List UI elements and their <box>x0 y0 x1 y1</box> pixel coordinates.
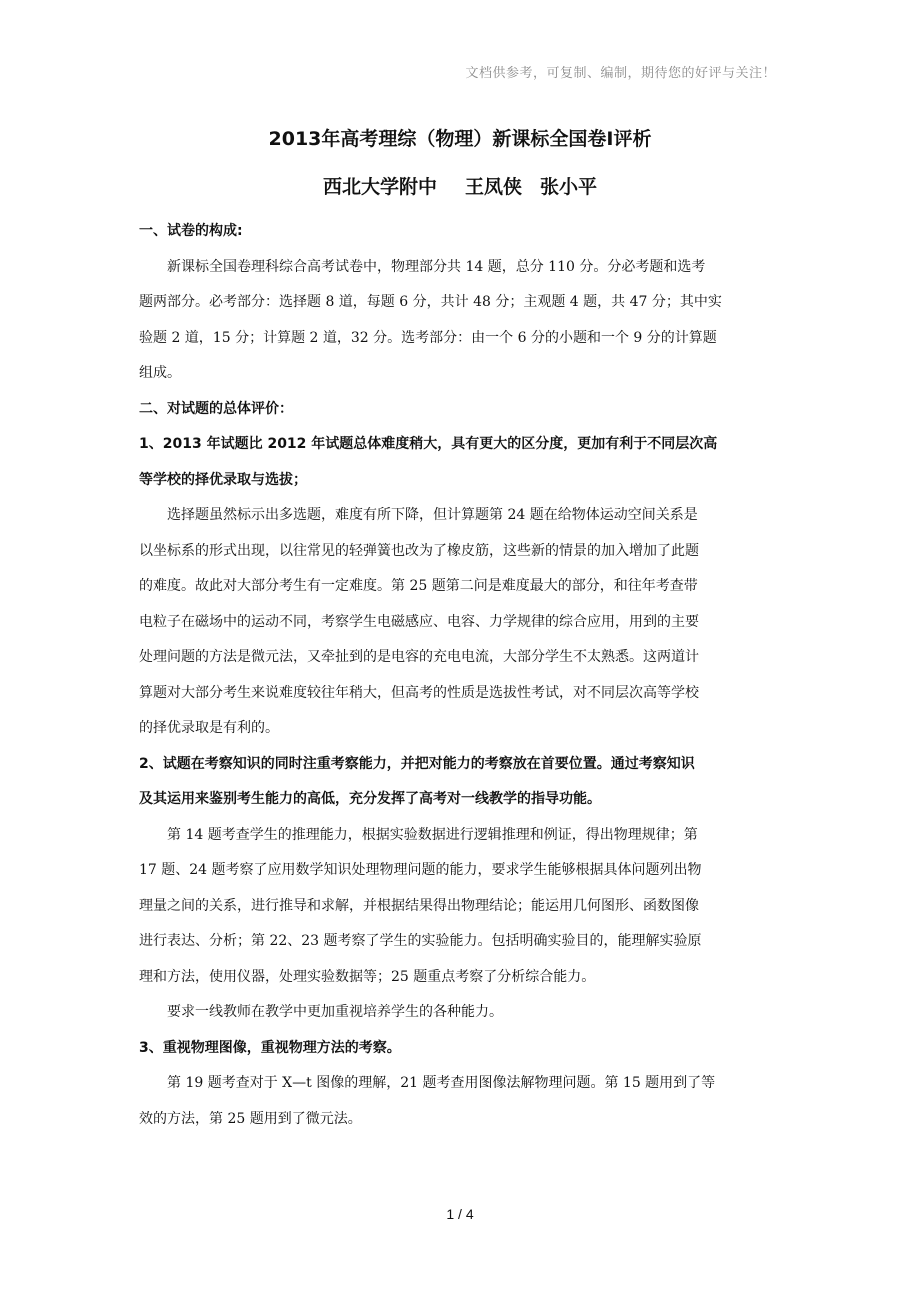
text-line: 题两部分。必考部分：选择题 8 道，每题 6 分，共计 48 分；主观题 4 题… <box>139 285 781 321</box>
text-line: 进行表达、分析；第 22、23 题考察了学生的实验能力。包括明确实验目的，能理解… <box>139 924 781 960</box>
text-line: 算题对大部分考生来说难度较往年稍大，但高考的性质是选拔性考试，对不同层次高等学校 <box>139 676 781 712</box>
subsection-heading: 2、试题在考察知识的同时注重考察能力，并把对能力的考察放在首要位置。通过考察知识… <box>139 747 781 818</box>
section-heading: 一、试卷的构成: <box>139 214 781 250</box>
text-line: 电粒子在磁场中的运动不同，考察学生电磁感应、电容、力学规律的综合应用，用到的主要 <box>139 605 781 641</box>
document-body: 一、试卷的构成: 新课标全国卷理科综合高考试卷中，物理部分共 14 题，总分 1… <box>139 214 781 1137</box>
paragraph: 要求一线教师在教学中更加重视培养学生的各种能力。 <box>139 995 781 1031</box>
text-line: 新课标全国卷理科综合高考试卷中，物理部分共 14 题，总分 110 分。分必考题… <box>139 250 781 286</box>
text-line: 组成。 <box>139 356 781 392</box>
text-line: 17 题、24 题考察了应用数学知识处理物理问题的能力，要求学生能够根据具体问题… <box>139 853 781 889</box>
page-number: 1 / 4 <box>0 1206 920 1222</box>
text-line: 处理问题的方法是微元法，又牵扯到的是电容的充电电流，大部分学生不太熟悉。这两道计 <box>139 640 781 676</box>
author-line: 西北大学附中王凤侠张小平 <box>0 172 920 199</box>
author-organization: 西北大学附中 <box>323 172 437 199</box>
text-line: 要求一线教师在教学中更加重视培养学生的各种能力。 <box>139 995 781 1031</box>
paragraph: 选择题虽然标示出多选题，难度有所下降，但计算题第 24 题在给物体运动空间关系是… <box>139 498 781 747</box>
text-line: 第 19 题考查对于 X—t 图像的理解，21 题考查用图像法解物理问题。第 1… <box>139 1066 781 1102</box>
document-title: 2013年高考理综（物理）新课标全国卷Ⅰ评析 <box>0 124 920 151</box>
section-heading: 二、对试题的总体评价： <box>139 392 781 428</box>
text-line: 3、重视物理图像，重视物理方法的考察。 <box>139 1031 781 1067</box>
text-line: 验题 2 道，15 分；计算题 2 道，32 分。选考部分：由一个 6 分的小题… <box>139 321 781 357</box>
author-name: 王凤侠 <box>465 172 522 199</box>
author-name: 张小平 <box>540 172 597 199</box>
text-line: 的择优录取是有利的。 <box>139 711 781 747</box>
paragraph: 第 14 题考查学生的推理能力，根据实验数据进行逻辑推理和例证，得出物理规律；第… <box>139 818 781 996</box>
text-line: 选择题虽然标示出多选题，难度有所下降，但计算题第 24 题在给物体运动空间关系是 <box>139 498 781 534</box>
text-line: 的难度。故此对大部分考生有一定难度。第 25 题第二问是难度最大的部分，和往年考… <box>139 569 781 605</box>
text-line: 等学校的择优录取与选拔； <box>139 463 781 499</box>
watermark-header: 文档供参考，可复制、编制，期待您的好评与关注！ <box>465 62 776 81</box>
text-line: 效的方法，第 25 题用到了微元法。 <box>139 1102 781 1138</box>
text-line: 1、2013 年试题比 2012 年试题总体难度稍大，具有更大的区分度，更加有利… <box>139 427 781 463</box>
text-line: 第 14 题考查学生的推理能力，根据实验数据进行逻辑推理和例证，得出物理规律；第 <box>139 818 781 854</box>
subsection-heading: 3、重视物理图像，重视物理方法的考察。 <box>139 1031 781 1067</box>
subsection-heading: 1、2013 年试题比 2012 年试题总体难度稍大，具有更大的区分度，更加有利… <box>139 427 781 498</box>
text-line: 及其运用来鉴别考生能力的高低，充分发挥了高考对一线教学的指导功能。 <box>139 782 781 818</box>
paragraph: 第 19 题考查对于 X—t 图像的理解，21 题考查用图像法解物理问题。第 1… <box>139 1066 781 1137</box>
paragraph: 新课标全国卷理科综合高考试卷中，物理部分共 14 题，总分 110 分。分必考题… <box>139 250 781 392</box>
text-line: 理和方法，使用仪器，处理实验数据等；25 题重点考察了分析综合能力。 <box>139 960 781 996</box>
text-line: 以坐标系的形式出现，以往常见的轻弹簧也改为了橡皮筋，这些新的情景的加入增加了此题 <box>139 534 781 570</box>
text-line: 理量之间的关系，进行推导和求解，并根据结果得出物理结论；能运用几何图形、函数图像 <box>139 889 781 925</box>
text-line: 2、试题在考察知识的同时注重考察能力，并把对能力的考察放在首要位置。通过考察知识 <box>139 747 781 783</box>
